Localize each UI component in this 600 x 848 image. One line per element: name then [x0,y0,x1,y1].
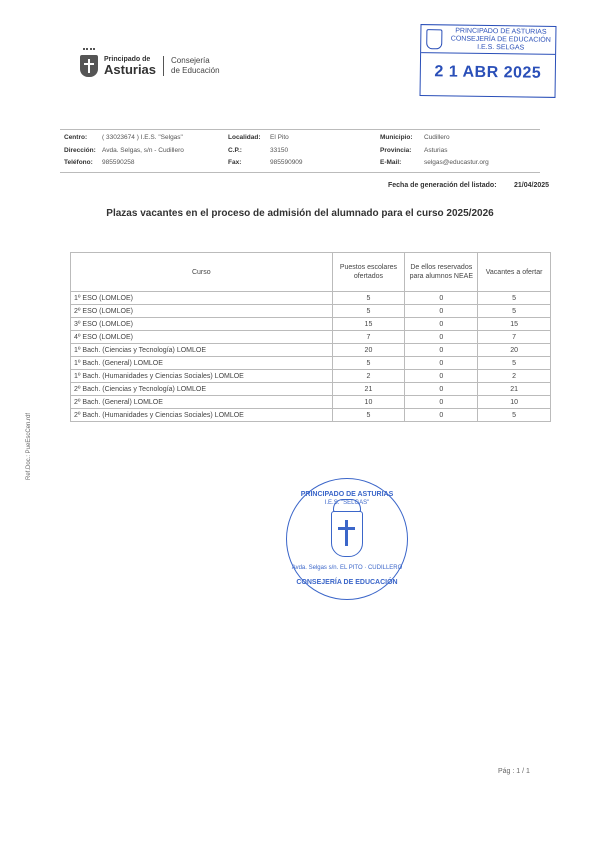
vacancies-table: Curso Puestos escolares ofertados De ell… [70,252,551,422]
cell-curso: 2º Bach. (Ciencias y Tecnología) LOMLOE [71,383,333,396]
provincia-value: Asturias [424,147,447,154]
email-value: selgas@educastur.org [424,159,489,166]
cell-curso: 3º ESO (LOMLOE) [71,318,333,331]
cell-curso: 1º Bach. (General) LOMLOE [71,357,333,370]
direccion-label: Dirección: [64,147,96,154]
stamp-line3: I.E.S. SELGAS [446,43,555,53]
cell-curso: 4º ESO (LOMLOE) [71,331,333,344]
table-row: 1º Bach. (General) LOMLOE505 [71,357,551,370]
cell-puestos: 15 [332,318,405,331]
cell-vacantes: 21 [478,383,551,396]
cell-vacantes: 5 [478,305,551,318]
cell-neae: 0 [405,396,478,409]
table-row: 2º Bach. (Humanidades y Ciencias Sociale… [71,409,551,422]
asturias-logo: Principado de Asturias Consejería de Edu… [80,55,220,77]
localidad-value: El Pito [270,134,289,141]
cell-neae: 0 [405,370,478,383]
cell-vacantes: 20 [478,344,551,357]
direccion-value: Avda. Selgas, s/n - Cudillero [102,147,184,154]
cell-puestos: 5 [332,305,405,318]
cell-curso: 2º Bach. (General) LOMLOE [71,396,333,409]
table-row: 1º Bach. (Ciencias y Tecnología) LOMLOE2… [71,344,551,357]
table-row: 2º Bach. (Ciencias y Tecnología) LOMLOE2… [71,383,551,396]
cell-vacantes: 10 [478,396,551,409]
document-reference: Ref.Doc.: PueEscCen.rdf [26,413,32,480]
centro-label: Centro: [64,134,87,141]
table-row: 4º ESO (LOMLOE)707 [71,331,551,344]
fax-label: Fax: [228,159,241,166]
centro-value: ( 33023674 ) I.E.S. "Selgas" [102,134,183,141]
stamp-shield-icon [426,29,442,49]
cell-puestos: 21 [332,383,405,396]
cp-label: C.P.: [228,147,242,154]
cell-puestos: 5 [332,357,405,370]
table-row: 3º ESO (LOMLOE)15015 [71,318,551,331]
cell-neae: 0 [405,292,478,305]
cell-vacantes: 15 [478,318,551,331]
logo-dept-line2: de Educación [171,66,219,76]
registry-stamp: PRINCIPADO DE ASTURIAS CONSEJERÍA DE EDU… [420,24,557,98]
table-row: 2º ESO (LOMLOE)505 [71,305,551,318]
cell-puestos: 10 [332,396,405,409]
cell-vacantes: 2 [478,370,551,383]
cell-curso: 2º ESO (LOMLOE) [71,305,333,318]
telefono-label: Teléfono: [64,159,93,166]
header-neae: De ellos reservados para alumnos NEAE [405,253,478,292]
logo-dept-line1: Consejería [171,56,219,66]
seal-text-address: Avda. Selgas s/n. EL PITO · CUDILLERO [287,565,407,571]
document-title: Plazas vacantes en el proceso de admisió… [0,208,600,219]
asturias-shield-icon [80,55,98,77]
school-seal: PRINCIPADO DE ASTURIAS I.E.S. "SELGAS" A… [286,478,408,600]
cell-vacantes: 5 [478,357,551,370]
localidad-label: Localidad: [228,134,261,141]
cell-puestos: 2 [332,370,405,383]
cell-neae: 0 [405,305,478,318]
cell-curso: 1º Bach. (Ciencias y Tecnología) LOMLOE [71,344,333,357]
cell-neae: 0 [405,357,478,370]
header-curso: Curso [71,253,333,292]
crown-icon [83,48,95,55]
fax-value: 985590909 [270,159,303,166]
cell-neae: 0 [405,318,478,331]
municipio-label: Municipio: [380,134,413,141]
fecha-label: Fecha de generación del listado: [388,182,497,189]
center-info: Centro: ( 33023674 ) I.E.S. "Selgas" Loc… [60,129,540,173]
email-label: E-Mail: [380,159,401,166]
cell-vacantes: 5 [478,409,551,422]
cell-neae: 0 [405,331,478,344]
cell-neae: 0 [405,409,478,422]
logo-line2: Asturias [104,63,156,76]
table-row: 1º Bach. (Humanidades y Ciencias Sociale… [71,370,551,383]
cell-curso: 1º ESO (LOMLOE) [71,292,333,305]
cell-puestos: 5 [332,409,405,422]
cell-puestos: 20 [332,344,405,357]
cell-curso: 2º Bach. (Humanidades y Ciencias Sociale… [71,409,333,422]
cell-neae: 0 [405,344,478,357]
seal-text-top: PRINCIPADO DE ASTURIAS [287,491,407,498]
stamp-date: 2 1 ABR 2025 [421,53,555,83]
cell-curso: 1º Bach. (Humanidades y Ciencias Sociale… [71,370,333,383]
cell-neae: 0 [405,383,478,396]
page-number: Pág : 1 / 1 [498,768,530,775]
municipio-value: Cudillero [424,134,450,141]
cp-value: 33150 [270,147,288,154]
telefono-value: 985590258 [102,159,135,166]
logo-divider [163,56,164,76]
table-row: 2º Bach. (General) LOMLOE10010 [71,396,551,409]
seal-shield-icon [331,511,363,557]
cell-vacantes: 5 [478,292,551,305]
cell-puestos: 5 [332,292,405,305]
header-puestos: Puestos escolares ofertados [332,253,405,292]
cell-vacantes: 7 [478,331,551,344]
provincia-label: Provincia: [380,147,411,154]
seal-text-bottom: CONSEJERÍA DE EDUCACIÓN [287,579,407,586]
fecha-value: 21/04/2025 [514,182,549,189]
header-vacantes: Vacantes a ofertar [478,253,551,292]
cell-puestos: 7 [332,331,405,344]
table-row: 1º ESO (LOMLOE)505 [71,292,551,305]
